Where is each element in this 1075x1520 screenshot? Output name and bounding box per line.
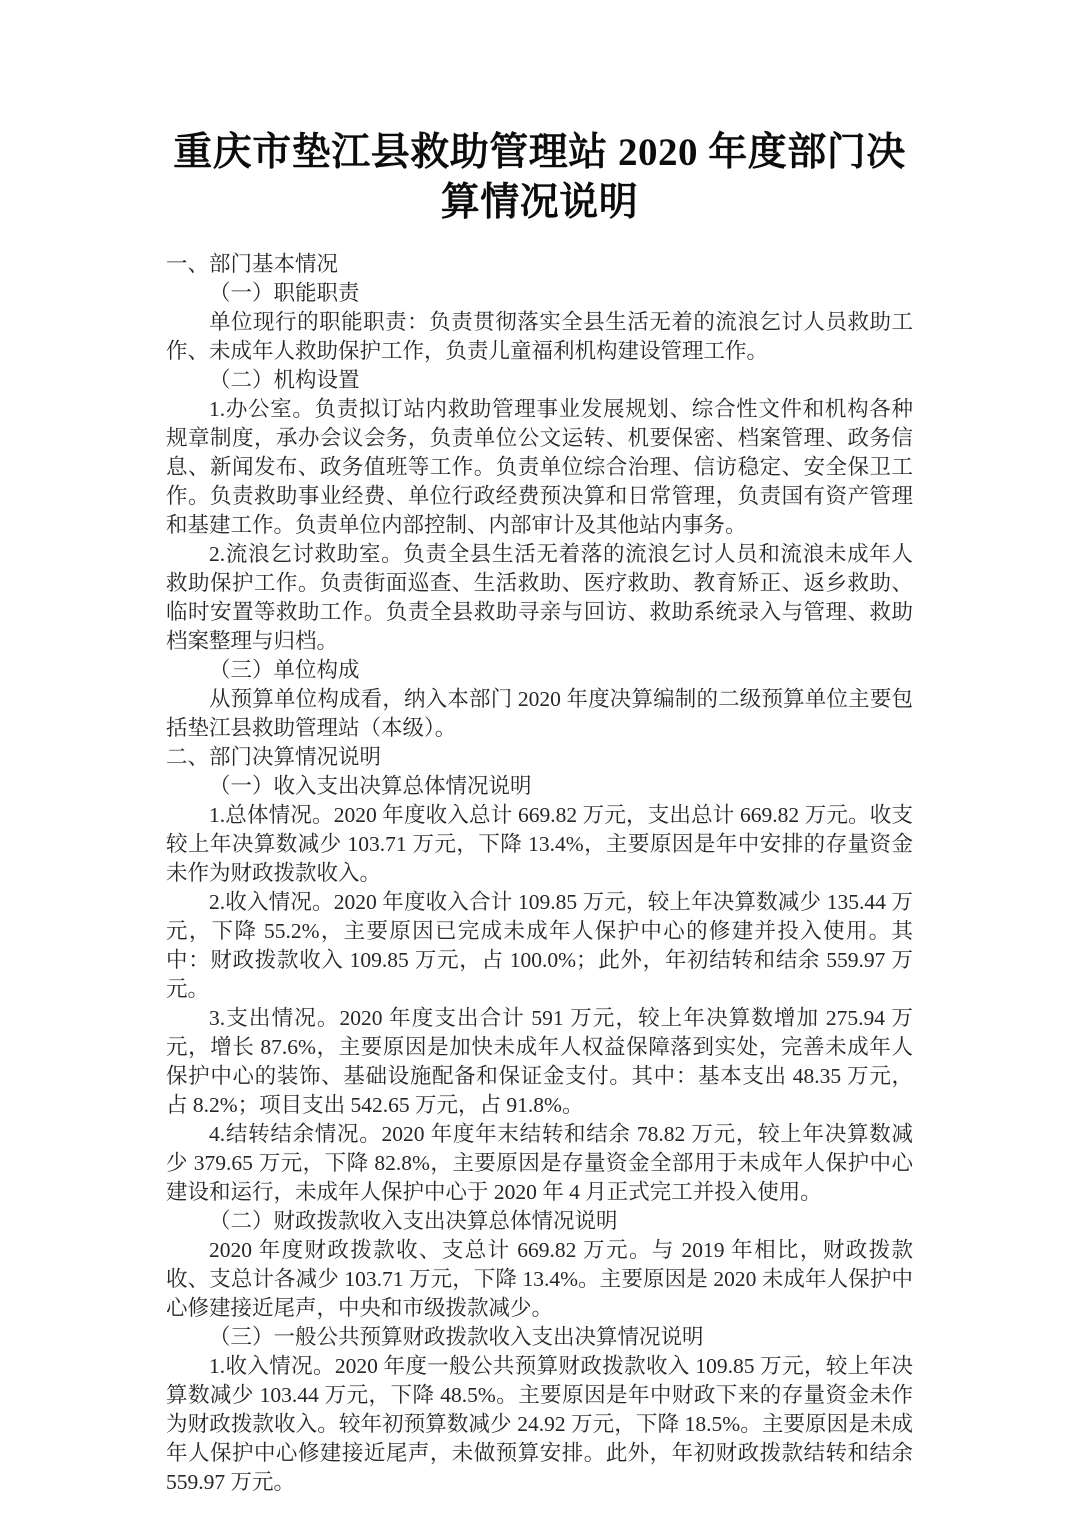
paragraph-unit-composition: 从预算单位构成看，纳入本部门 2020 年度决算编制的二级预算单位主要包括垫江县… bbox=[166, 685, 913, 743]
section-heading-final-accounts: 二、部门决算情况说明 bbox=[166, 743, 913, 772]
document-title-line-2: 算情况说明 bbox=[166, 178, 913, 228]
subsection-heading-fiscal-appropriation: （二）财政拨款收入支出决算总体情况说明 bbox=[166, 1207, 913, 1236]
paragraph-duties: 单位现行的职能职责：负责贯彻落实全县生活无着的流浪乞讨人员救助工作、未成年人救助… bbox=[166, 308, 913, 366]
paragraph-fiscal-appropriation: 2020 年度财政拨款收、支总计 669.82 万元。与 2019 年相比，财政… bbox=[166, 1236, 913, 1323]
subsection-heading-duties: （一）职能职责 bbox=[166, 279, 913, 308]
paragraph-expenditure-situation: 3.支出情况。2020 年度支出合计 591 万元，较上年决算数增加 275.9… bbox=[166, 1004, 913, 1120]
document-title-line-1: 重庆市垫江县救助管理站 2020 年度部门决 bbox=[166, 128, 913, 178]
document-page: 重庆市垫江县救助管理站 2020 年度部门决 算情况说明 一、部门基本情况 （一… bbox=[0, 0, 1075, 1520]
subsection-heading-general-public-budget: （三）一般公共预算财政拨款收入支出决算情况说明 bbox=[166, 1323, 913, 1352]
subsection-heading-org-setup: （二）机构设置 bbox=[166, 366, 913, 395]
subsection-heading-income-expense-overview: （一）收入支出决算总体情况说明 bbox=[166, 772, 913, 801]
paragraph-vagrant-rescue-room: 2.流浪乞讨救助室。负责全县生活无着落的流浪乞讨人员和流浪未成年人救助保护工作。… bbox=[166, 540, 913, 656]
section-heading-dept-basic-info: 一、部门基本情况 bbox=[166, 250, 913, 279]
document-body: 一、部门基本情况 （一）职能职责 单位现行的职能职责：负责贯彻落实全县生活无着的… bbox=[166, 250, 913, 1497]
document-title: 重庆市垫江县救助管理站 2020 年度部门决 算情况说明 bbox=[166, 128, 913, 228]
subsection-heading-unit-composition: （三）单位构成 bbox=[166, 656, 913, 685]
paragraph-office: 1.办公室。负责拟订站内救助管理事业发展规划、综合性文件和机构各种规章制度，承办… bbox=[166, 395, 913, 540]
paragraph-income-situation: 2.收入情况。2020 年度收入合计 109.85 万元，较上年决算数减少 13… bbox=[166, 888, 913, 1004]
paragraph-overall-situation: 1.总体情况。2020 年度收入总计 669.82 万元，支出总计 669.82… bbox=[166, 801, 913, 888]
paragraph-general-budget-income: 1.收入情况。2020 年度一般公共预算财政拨款收入 109.85 万元，较上年… bbox=[166, 1352, 913, 1497]
paragraph-carryover-balance: 4.结转结余情况。2020 年度年末结转和结余 78.82 万元，较上年决算数减… bbox=[166, 1120, 913, 1207]
